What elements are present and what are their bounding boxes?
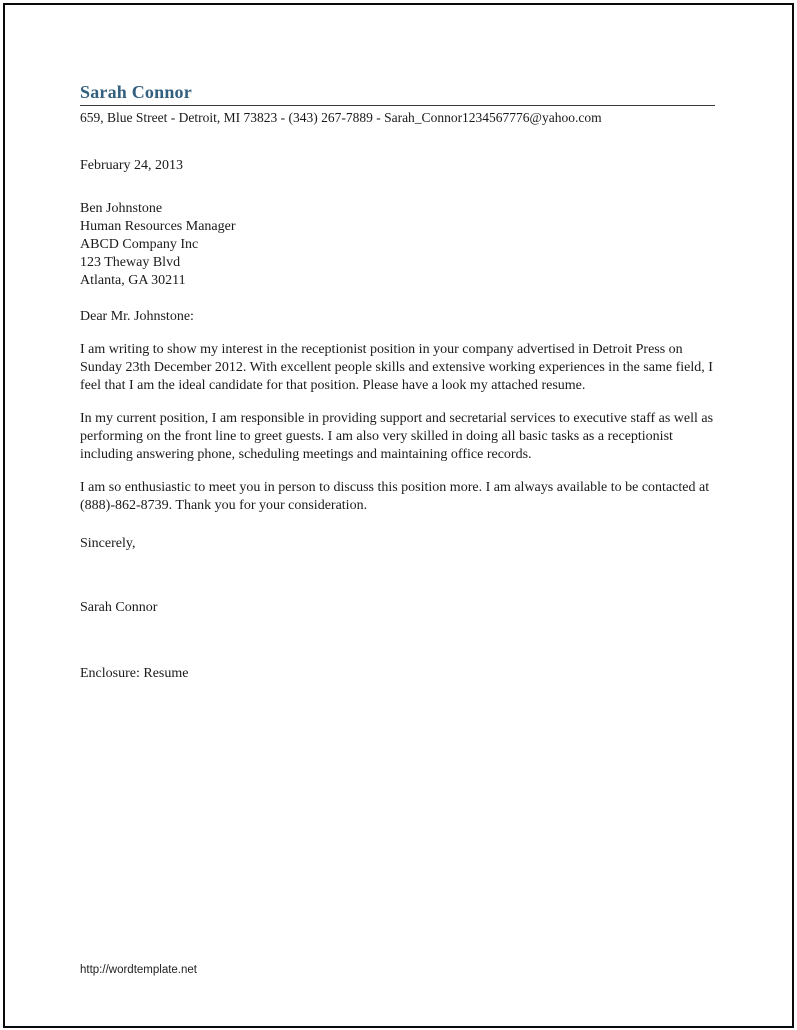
letter-date: February 24, 2013 [80,157,715,175]
letterhead: Sarah Connor 659, Blue Street - Detroit,… [80,82,715,126]
closing-line: Sincerely, [80,535,715,553]
enclosure-note: Enclosure: Resume [80,665,715,683]
letter-content: Sarah Connor 659, Blue Street - Detroit,… [5,5,792,683]
signature-name: Sarah Connor [80,599,715,617]
recipient-block: Ben Johnstone Human Resources Manager AB… [80,200,715,290]
salutation: Dear Mr. Johnstone: [80,308,715,326]
body-paragraph-1: I am writing to show my interest in the … [80,341,715,395]
letterhead-contact-line: 659, Blue Street - Detroit, MI 73823 - (… [80,106,715,126]
recipient-company: ABCD Company Inc [80,236,715,254]
recipient-name: Ben Johnstone [80,200,715,218]
document-page: Sarah Connor 659, Blue Street - Detroit,… [3,3,794,1028]
recipient-street: 123 Theway Blvd [80,254,715,272]
body-paragraph-3: I am so enthusiastic to meet you in pers… [80,479,715,515]
recipient-city: Atlanta, GA 30211 [80,272,715,290]
letterhead-name: Sarah Connor [80,82,715,103]
footer-url: http://wordtemplate.net [80,964,197,976]
body-paragraph-2: In my current position, I am responsible… [80,410,715,464]
recipient-title: Human Resources Manager [80,218,715,236]
